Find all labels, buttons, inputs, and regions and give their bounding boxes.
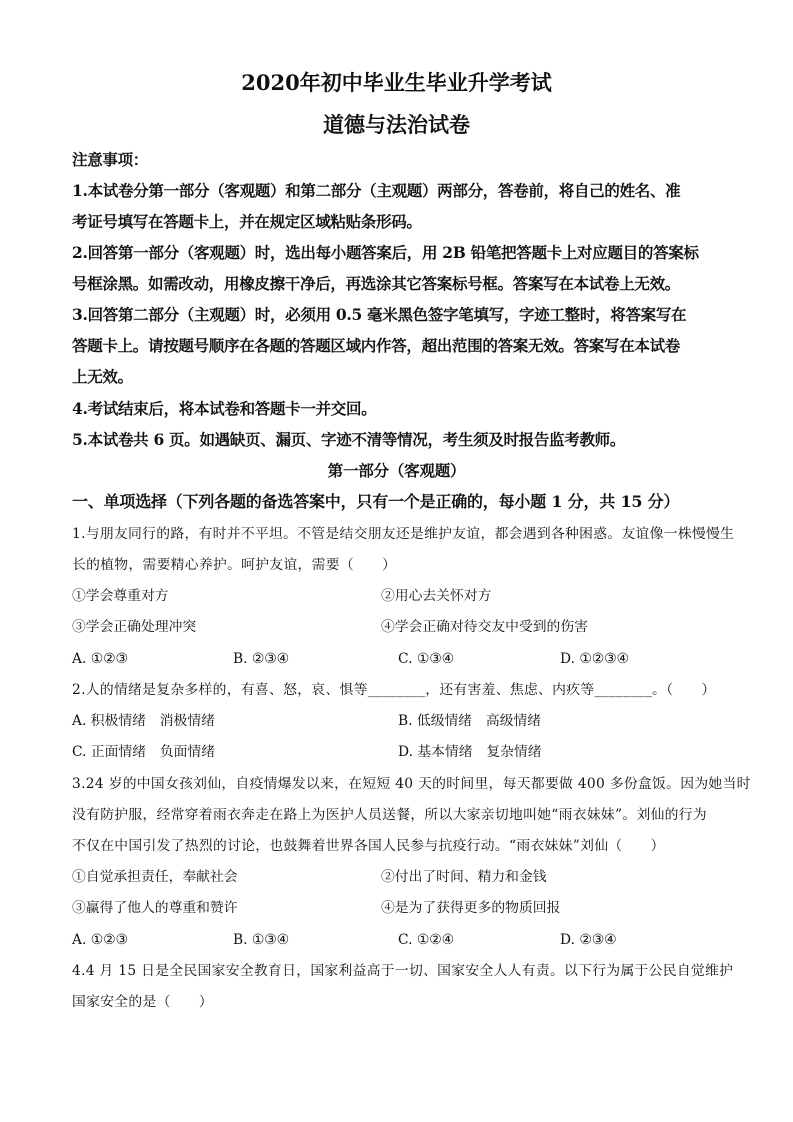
question-3-choice-d: D. ②③④ xyxy=(560,930,616,950)
question-3-stem-line-1: 3.24 岁的中国女孩刘仙，自疫情爆发以来，在短短 40 天的时间里，每天都要做… xyxy=(72,774,732,794)
question-2-stem: 2.人的情绪是复杂多样的，有喜、怒，哀、惧等________，还有害羞、焦虑、内… xyxy=(72,680,732,700)
question-3-stem-line-2: 没有防护服，经常穿着雨衣奔走在路上为医护人员送餐，所以大家亲切地叫她“雨衣妹妹”… xyxy=(72,805,732,825)
question-1-stem-line-1: 1.与朋友同行的路，有时并不平坦。不管是结交朋友还是维护友谊，都会遇到各种困惑。… xyxy=(72,524,732,544)
question-1-item-2: ②用心去关怀对方 xyxy=(381,586,491,606)
question-2-choice-c: C. 正面情绪 负面情绪 xyxy=(72,742,215,762)
exam-subtitle: 道德与法治试卷 xyxy=(0,110,793,140)
question-4-stem-line-1: 4.4 月 15 日是全民国家安全教育日，国家利益高于一切、国家安全人人有责。以… xyxy=(72,961,732,981)
notice-1-line-1: 1.本试卷分第一部分（客观题）和第二部分（主观题）两部分，答卷前，将自己的姓名、… xyxy=(72,181,732,201)
question-1-choice-b: B. ②③④ xyxy=(233,649,289,669)
question-3-item-4: ④是为了获得更多的物质回报 xyxy=(381,898,560,918)
exam-title: 2020年初中毕业生毕业升学考试 xyxy=(0,68,793,98)
question-3-item-1: ①自觉承担责任，奉献社会 xyxy=(72,867,238,887)
question-1-item-4: ④学会正确对待交友中受到的伤害 xyxy=(381,617,588,637)
question-1-item-1: ①学会尊重对方 xyxy=(72,586,169,606)
notice-1-line-2: 考证号填写在答题卡上，并在规定区域粘贴条形码。 xyxy=(72,212,732,232)
question-3-item-2: ②付出了时间、精力和金钱 xyxy=(381,867,547,887)
part-heading: 第一部分（客观题） xyxy=(0,461,793,481)
section-heading: 一、单项选择（下列各题的备选答案中，只有一个是正确的，每小题 1 分，共 15 … xyxy=(72,492,732,512)
question-1-choice-d: D. ①②③④ xyxy=(560,649,629,669)
question-1-stem-line-2: 长的植物，需要精心养护。呵护友谊，需要（ ） xyxy=(72,555,732,575)
question-4-stem-line-2: 国家安全的是（ ） xyxy=(72,992,732,1012)
question-2-choice-a: A. 积极情绪 消极情绪 xyxy=(72,711,215,731)
notice-4: 4.考试结束后，将本试卷和答题卡一并交回。 xyxy=(72,399,732,419)
notice-3-line-2: 答题卡上。请按题号顺序在各题的答题区域内作答，超出范围的答案无效。答案写在本试卷 xyxy=(72,336,732,356)
question-2-choice-b: B. 低级情绪 高级情绪 xyxy=(398,711,541,731)
question-1-choice-c: C. ①③④ xyxy=(398,649,454,669)
notice-2-line-2: 号框涂黑。如需改动，用橡皮擦干净后，再选涂其它答案标号框。答案写在本试卷上无效。 xyxy=(72,274,732,294)
notice-5: 5.本试卷共 6 页。如遇缺页、漏页、字迹不清等情况，考生须及时报告监考教师。 xyxy=(72,430,732,450)
question-1-choice-a: A. ①②③ xyxy=(72,649,128,669)
notice-3-line-3: 上无效。 xyxy=(72,367,732,387)
question-3-stem-line-3: 不仅在中国引发了热烈的讨论，也鼓舞着世界各国人民参与抗疫行动。“雨衣妹妹”刘仙（… xyxy=(72,836,732,856)
question-3-choice-c: C. ①②④ xyxy=(398,930,454,950)
question-2-choice-d: D. 基本情绪 复杂情绪 xyxy=(398,742,542,762)
question-3-choice-a: A. ①②③ xyxy=(72,930,128,950)
notice-3-line-1: 3.回答第二部分（主观题）时，必须用 0.5 毫米黑色签字笔填写，字迹工整时，将… xyxy=(72,305,732,325)
notice-2-line-1: 2.回答第一部分（客观题）时，选出每小题答案后，用 2B 铅笔把答题卡上对应题目… xyxy=(72,243,732,263)
question-1-item-3: ③学会正确处理冲突 xyxy=(72,617,196,637)
question-3-choice-b: B. ①③④ xyxy=(233,930,289,950)
notice-heading: 注意事项： xyxy=(72,150,732,170)
exam-page: 2020年初中毕业生毕业升学考试 道德与法治试卷 注意事项： 1.本试卷分第一部… xyxy=(0,0,793,1122)
question-3-item-3: ③赢得了他人的尊重和赞许 xyxy=(72,898,238,918)
